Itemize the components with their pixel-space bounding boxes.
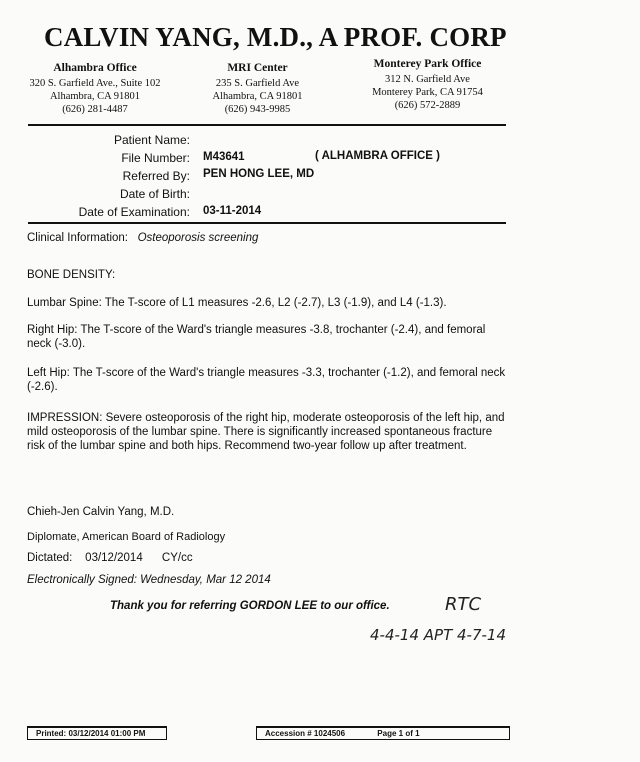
right-hip-finding: Right Hip: The T-score of the Ward's tri…: [27, 323, 507, 351]
header-divider: [28, 124, 506, 126]
file-number-value: M43641: [203, 151, 245, 163]
office-mri-center: MRI Center 235 S. Garfield Ave Alhambra,…: [190, 62, 325, 116]
office-phone: (626) 281-4487: [20, 103, 170, 116]
accession-box: Accession # 1024506 Page 1 of 1: [256, 726, 510, 740]
impression: IMPRESSION: Severe osteoporosis of the r…: [27, 411, 507, 453]
office-name: Alhambra Office: [20, 62, 170, 75]
office-address-line2: Monterey Park, CA 91754: [355, 86, 500, 99]
office-address-line2: Alhambra, CA 91801: [20, 90, 170, 103]
dictated-label: Dictated:: [27, 552, 72, 564]
accession-number: Accession # 1024506: [265, 729, 345, 738]
clinical-information-value: Osteoporosis screening: [138, 232, 259, 244]
exam-date-label: Date of Examination:: [0, 205, 190, 219]
office-monterey-park: Monterey Park Office 312 N. Garfield Ave…: [355, 58, 500, 112]
exam-date-value: 03-11-2014: [203, 205, 261, 217]
section-heading: BONE DENSITY:: [27, 268, 507, 282]
referred-by-label: Referred By:: [0, 169, 190, 183]
office-address-line1: 312 N. Garfield Ave: [355, 73, 500, 86]
printed-timestamp: Printed: 03/12/2014 01:00 PM: [27, 726, 167, 740]
letterhead-title: CALVIN YANG, M.D., A PROF. CORP: [44, 22, 507, 53]
office-phone: (626) 943-9985: [190, 103, 325, 116]
office-alhambra: Alhambra Office 320 S. Garfield Ave., Su…: [20, 62, 170, 116]
handwritten-note-dates: 4-4-14 APT 4-7-14: [370, 626, 506, 644]
office-tag: ( ALHAMBRA OFFICE ): [315, 150, 440, 162]
referral-thanks: Thank you for referring GORDON LEE to ou…: [110, 600, 390, 612]
page-count: Page 1 of 1: [377, 729, 419, 738]
patient-info-divider: [28, 222, 506, 224]
office-address-line1: 320 S. Garfield Ave., Suite 102: [20, 77, 170, 90]
dictated-date: 03/12/2014: [85, 552, 143, 564]
dictated-initials: CY/cc: [162, 552, 193, 564]
office-name: Monterey Park Office: [355, 58, 500, 71]
clinical-information: Clinical Information: Osteoporosis scree…: [27, 231, 507, 245]
office-phone: (626) 572-2889: [355, 99, 500, 112]
referred-by-value: PEN HONG LEE, MD: [203, 168, 314, 180]
office-name: MRI Center: [190, 62, 325, 75]
handwritten-note-rtc: RTC: [445, 594, 481, 615]
office-address-line2: Alhambra, CA 91801: [190, 90, 325, 103]
office-address-line1: 235 S. Garfield Ave: [190, 77, 325, 90]
left-hip-finding: Left Hip: The T-score of the Ward's tria…: [27, 366, 507, 394]
patient-name-label: Patient Name:: [0, 133, 190, 147]
physician-name: Chieh-Jen Calvin Yang, M.D.: [27, 505, 507, 519]
file-number-label: File Number:: [0, 151, 190, 165]
electronic-signature: Electronically Signed: Wednesday, Mar 12…: [27, 573, 507, 587]
lumbar-spine-finding: Lumbar Spine: The T-score of L1 measures…: [27, 296, 507, 310]
clinical-information-label: Clinical Information:: [27, 232, 128, 244]
physician-credential: Diplomate, American Board of Radiology: [27, 530, 507, 544]
dob-label: Date of Birth:: [0, 187, 190, 201]
dictated-line: Dictated: 03/12/2014 CY/cc: [27, 551, 507, 565]
